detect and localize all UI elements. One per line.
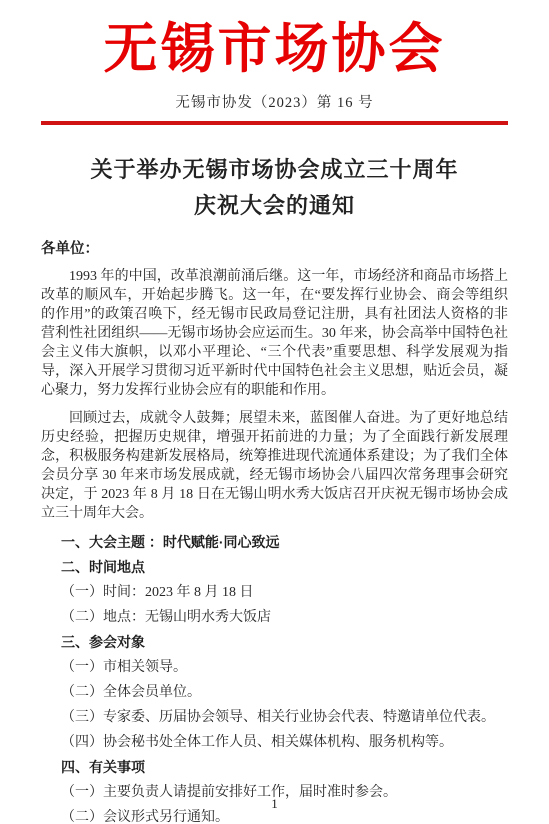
list-item: （三）专家委、历届协会领导、相关行业协会代表、特邀请单位代表。 xyxy=(41,705,508,730)
doc-title-line-2: 庆祝大会的通知 xyxy=(41,188,508,224)
list-item: （一）市相关领导。 xyxy=(41,655,508,680)
doc-title-line-1: 关于举办无锡市场协会成立三十周年 xyxy=(41,152,508,188)
section-heading-4: 四、有关事项 xyxy=(41,755,508,780)
list-item: （二）全体会员单位。 xyxy=(41,680,508,705)
org-title: 无锡市场协会 xyxy=(41,18,508,80)
doc-title: 关于举办无锡市场协会成立三十周年 庆祝大会的通知 xyxy=(41,152,508,224)
salutation: 各单位： xyxy=(41,237,508,258)
red-divider xyxy=(41,121,508,125)
page-number: 1 xyxy=(0,796,549,812)
section-heading-1: 一、大会主题 ：时代赋能·同心致远 xyxy=(41,530,508,555)
list-item: （一）时间：2023 年 8 月 18 日 xyxy=(41,580,508,605)
section-heading-3: 三、参会对象 xyxy=(41,630,508,655)
notice-item-list: 一、大会主题 ：时代赋能·同心致远 二、时间地点 （一）时间：2023 年 8 … xyxy=(41,530,508,824)
doc-number: 无锡市协发（2023）第 16 号 xyxy=(41,91,508,112)
section-heading-2: 二、时间地点 xyxy=(41,555,508,580)
list-item: （四）协会秘书处全体工作人员、相关媒体机构、服务机构等。 xyxy=(41,730,508,755)
list-item: （二）地点：无锡山明水秀大饭店 xyxy=(41,605,508,630)
body-paragraph-1: 1993 年的中国，改革浪潮前涌后继。这一年，市场经济和商品市场搭上改革的顺风车… xyxy=(41,267,508,400)
body-paragraph-2: 回顾过去，成就令人鼓舞；展望未来，蓝图催人奋进。为了更好地总结历史经验，把握历史… xyxy=(41,409,508,523)
notice-document-page: 无锡市场协会 无锡市协发（2023）第 16 号 关于举办无锡市场协会成立三十周… xyxy=(0,0,549,824)
